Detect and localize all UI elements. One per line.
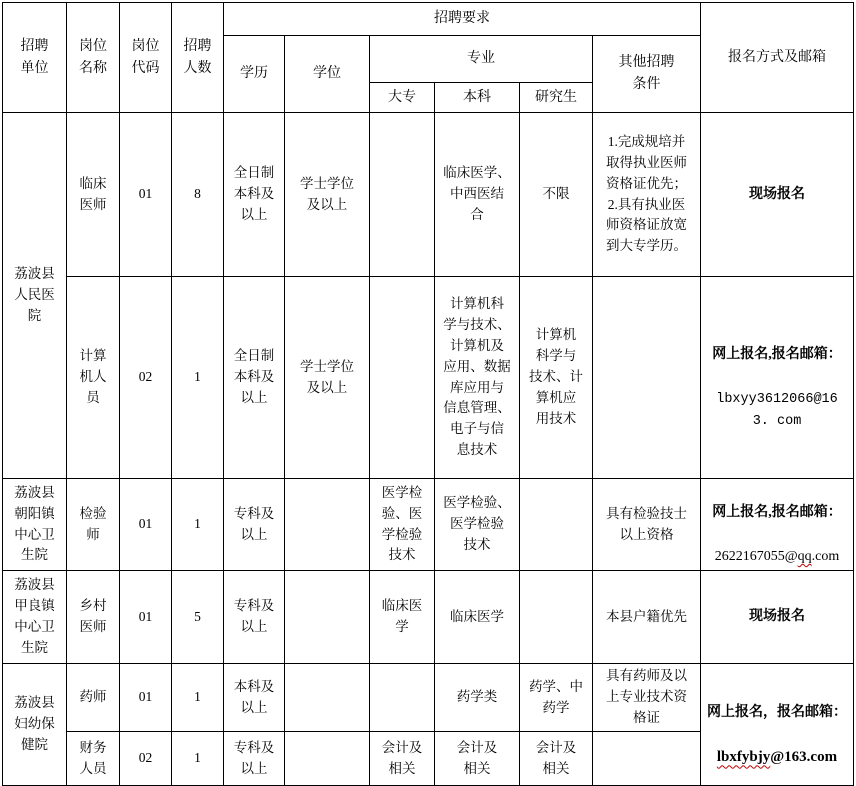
table-row: 计算 机人 员 02 1 全日制 本科及 以上 学士学位 及以上 计算机科 学与… — [3, 277, 854, 479]
cell-registration: 网上报名,报名邮箱： 2622167055@qq.com — [701, 479, 854, 571]
header-row-1: 招聘 单位 岗位 名称 岗位 代码 招聘 人数 招聘要求 报名方式及邮箱 — [3, 3, 854, 36]
cell-major-benke: 会计及 相关 — [435, 732, 520, 786]
header-junior-college: 大专 — [370, 83, 435, 113]
cell-education: 专科及 以上 — [224, 479, 285, 571]
cell-position: 计算 机人 员 — [67, 277, 120, 479]
cell-registration: 现场报名 — [701, 113, 854, 277]
cell-other-conditions: 具有检验技士 以上资格 — [593, 479, 701, 571]
cell-code: 01 — [120, 479, 172, 571]
cell-position: 检验 师 — [67, 479, 120, 571]
table-row: 荔波县 甲良镇 中心卫 生院 乡村 医师 01 5 专科及 以上 临床医 学 临… — [3, 571, 854, 664]
cell-major-dazhuan — [370, 277, 435, 479]
registration-method: 网上报名,报名邮箱： — [712, 347, 842, 362]
header-bachelor: 本科 — [435, 83, 520, 113]
cell-degree — [285, 664, 370, 732]
cell-education: 全日制 本科及 以上 — [224, 277, 285, 479]
cell-major-dazhuan — [370, 113, 435, 277]
registration-email: lbxyy3612066@16 3. com — [716, 392, 838, 430]
cell-degree — [285, 732, 370, 786]
cell-degree — [285, 571, 370, 664]
cell-position: 药师 — [67, 664, 120, 732]
cell-unit: 荔波县 甲良镇 中心卫 生院 — [3, 571, 67, 664]
cell-major-benke: 计算机科 学与技术、 计算机及 应用、数据 库应用与 信息管理、 电子与信 息技… — [435, 277, 520, 479]
header-graduate: 研究生 — [520, 83, 593, 113]
cell-education: 全日制 本科及 以上 — [224, 113, 285, 277]
cell-major-yanjiusheng: 计算机 科学与 技术、计 算机应 用技术 — [520, 277, 593, 479]
cell-degree: 学士学位 及以上 — [285, 113, 370, 277]
cell-position: 财务 人员 — [67, 732, 120, 786]
registration-method: 现场报名 — [749, 187, 805, 202]
cell-degree — [285, 479, 370, 571]
registration-method: 网上报名，报名邮箱： — [707, 705, 847, 720]
cell-major-yanjiusheng: 会计及 相关 — [520, 732, 593, 786]
cell-major-yanjiusheng — [520, 479, 593, 571]
cell-degree: 学士学位 及以上 — [285, 277, 370, 479]
spellcheck-underline: qq — [798, 549, 812, 564]
recruitment-table: 招聘 单位 岗位 名称 岗位 代码 招聘 人数 招聘要求 报名方式及邮箱 学历 … — [2, 2, 854, 786]
header-count: 招聘 人数 — [172, 3, 224, 113]
registration-email: lbxfybjy@163.com — [717, 749, 837, 765]
cell-count: 1 — [172, 732, 224, 786]
cell-code: 01 — [120, 571, 172, 664]
cell-major-benke: 药学类 — [435, 664, 520, 732]
table-row: 荔波县 人民医 院 临床 医师 01 8 全日制 本科及 以上 学士学位 及以上… — [3, 113, 854, 277]
header-position: 岗位 名称 — [67, 3, 120, 113]
header-registration: 报名方式及邮箱 — [701, 3, 854, 113]
cell-other-conditions — [593, 277, 701, 479]
cell-unit: 荔波县 人民医 院 — [3, 113, 67, 479]
cell-education: 本科及 以上 — [224, 664, 285, 732]
registration-email: 2622167055@qq.com — [715, 549, 840, 564]
cell-unit: 荔波县 朝阳镇 中心卫 生院 — [3, 479, 67, 571]
spellcheck-underline: lbxfybjy — [717, 749, 770, 765]
cell-unit: 荔波县 妇幼保 健院 — [3, 664, 67, 786]
cell-major-dazhuan: 医学检 验、医 学检验 技术 — [370, 479, 435, 571]
registration-method: 现场报名 — [749, 609, 805, 624]
cell-code: 02 — [120, 277, 172, 479]
cell-other-conditions: 1.完成规培并 取得执业医师 资格证优先； 2.具有执业医 师资格证放宽 到大专… — [593, 113, 701, 277]
header-degree: 学位 — [285, 36, 370, 113]
cell-major-yanjiusheng: 药学、中 药学 — [520, 664, 593, 732]
cell-major-benke: 医学检验、 医学检验 技术 — [435, 479, 520, 571]
cell-count: 1 — [172, 664, 224, 732]
cell-code: 01 — [120, 113, 172, 277]
cell-major-benke: 临床医学、 中西医结 合 — [435, 113, 520, 277]
cell-other-conditions: 本县户籍优先 — [593, 571, 701, 664]
cell-code: 01 — [120, 664, 172, 732]
cell-count: 1 — [172, 277, 224, 479]
header-major: 专业 — [370, 36, 593, 83]
cell-count: 1 — [172, 479, 224, 571]
cell-code: 02 — [120, 732, 172, 786]
cell-other-conditions: 具有药师及以 上专业技术资 格证 — [593, 664, 701, 732]
header-other-conditions: 其他招聘 条件 — [593, 36, 701, 113]
cell-major-yanjiusheng — [520, 571, 593, 664]
cell-registration: 网上报名,报名邮箱： lbxyy3612066@16 3. com — [701, 277, 854, 479]
cell-position: 乡村 医师 — [67, 571, 120, 664]
cell-position: 临床 医师 — [67, 113, 120, 277]
cell-major-dazhuan: 临床医 学 — [370, 571, 435, 664]
cell-major-benke: 临床医学 — [435, 571, 520, 664]
cell-count: 8 — [172, 113, 224, 277]
cell-major-dazhuan: 会计及 相关 — [370, 732, 435, 786]
header-code: 岗位 代码 — [120, 3, 172, 113]
cell-education: 专科及 以上 — [224, 732, 285, 786]
cell-major-yanjiusheng: 不限 — [520, 113, 593, 277]
registration-method: 网上报名,报名邮箱： — [712, 505, 842, 520]
header-requirements: 招聘要求 — [224, 3, 701, 36]
cell-education: 专科及 以上 — [224, 571, 285, 664]
cell-registration: 网上报名，报名邮箱： lbxfybjy@163.com — [701, 664, 854, 786]
cell-count: 5 — [172, 571, 224, 664]
cell-registration: 现场报名 — [701, 571, 854, 664]
header-unit: 招聘 单位 — [3, 3, 67, 113]
cell-major-dazhuan — [370, 664, 435, 732]
table-row: 荔波县 朝阳镇 中心卫 生院 检验 师 01 1 专科及 以上 医学检 验、医 … — [3, 479, 854, 571]
table-row: 荔波县 妇幼保 健院 药师 01 1 本科及 以上 药学类 药学、中 药学 具有… — [3, 664, 854, 732]
header-education: 学历 — [224, 36, 285, 113]
cell-other-conditions — [593, 732, 701, 786]
